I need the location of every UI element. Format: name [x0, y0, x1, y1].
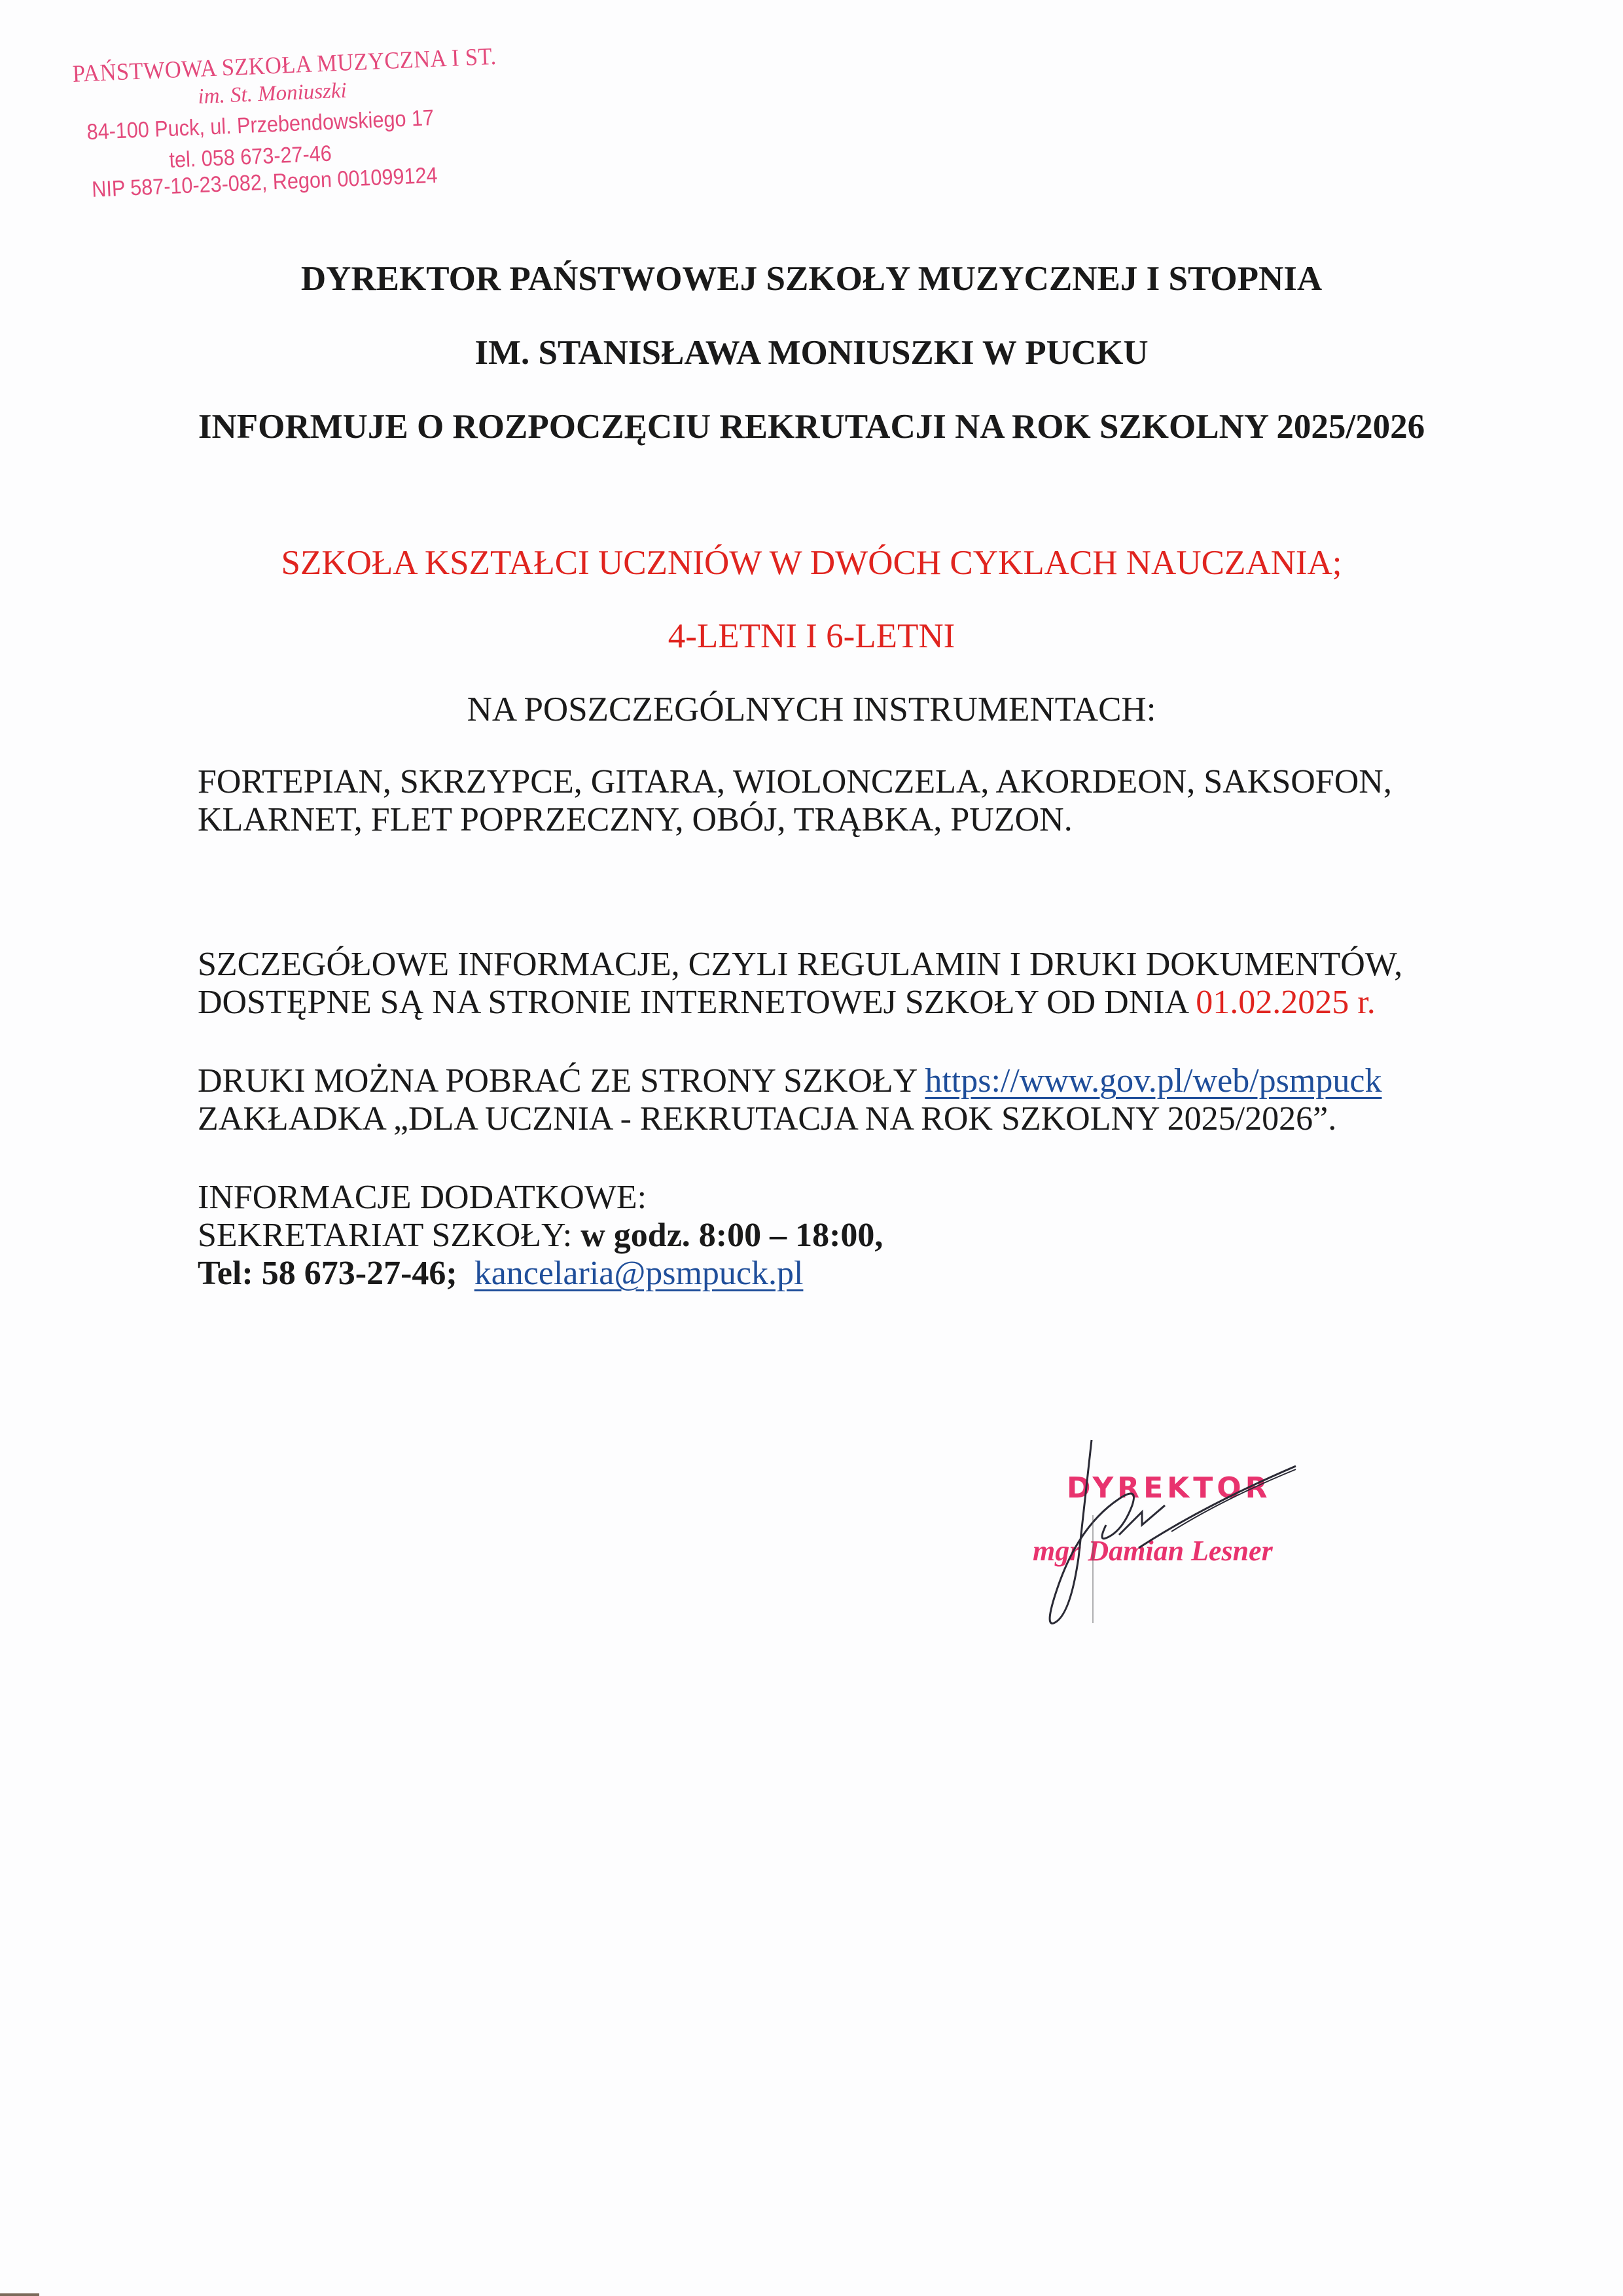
school-website-link[interactable]: https://www.gov.pl/web/psmpuck [925, 1062, 1382, 1100]
school-stamp: PAŃSTWOWA SZKOŁA MUZYCZNA I ST. im. St. … [72, 41, 529, 60]
header-line-3: INFORMUJE O ROZPOCZĘCIU REKRUTACJI NA RO… [0, 407, 1623, 446]
email-link[interactable]: kancelaria@psmpuck.pl [474, 1255, 804, 1292]
download-line: DRUKI MOŻNA POBRAĆ ZE STRONY SZKOŁY http… [198, 1062, 1382, 1100]
instruments-line-1: FORTEPIAN, SKRZYPCE, GITARA, WIOLONCZELA… [198, 762, 1392, 801]
scan-edge [0, 2293, 39, 2296]
tab-info-line: ZAKŁADKA „DLA UCZNIA - REKRUTACJA NA ROK… [198, 1100, 1336, 1138]
cycles-line-1: SZKOŁA KSZTAŁCI UCZNIÓW W DWÓCH CYKLACH … [0, 543, 1623, 583]
details-line-1: SZCZEGÓŁOWE INFORMACJE, CZYLI REGULAMIN … [198, 945, 1402, 984]
stamp-patron: im. St. Moniuszki [198, 79, 348, 109]
phone-number: Tel: 58 673-27-46; [198, 1255, 457, 1292]
office-label: SEKRETARIAT SZKOŁY: [198, 1217, 580, 1254]
handwritten-signature-icon [1008, 1427, 1348, 1662]
cycles-line-2: 4-LETNI I 6-LETNI [0, 617, 1623, 656]
details-line-2: DOSTĘPNE SĄ NA STRONIE INTERNETOWEJ SZKO… [198, 983, 1376, 1022]
office-hours: w godz. 8:00 – 18:00, [580, 1217, 883, 1254]
cycles-line-3: NA POSZCZEGÓLNYCH INSTRUMENTACH: [0, 690, 1623, 729]
contact-title: INFORMACJE DODATKOWE: [198, 1178, 647, 1217]
instruments-line-2: KLARNET, FLET POPRZECZNY, OBÓJ, TRĄBKA, … [198, 800, 1073, 839]
start-date: 01.02.2025 r. [1196, 984, 1375, 1021]
contact-line: Tel: 58 673-27-46; kancelaria@psmpuck.pl [198, 1254, 803, 1293]
details-availability-text: DOSTĘPNE SĄ NA STRONIE INTERNETOWEJ SZKO… [198, 984, 1196, 1021]
download-text: DRUKI MOŻNA POBRAĆ ZE STRONY SZKOŁY [198, 1062, 925, 1100]
office-hours-line: SEKRETARIAT SZKOŁY: w godz. 8:00 – 18:00… [198, 1216, 883, 1255]
header-line-1: DYREKTOR PAŃSTWOWEJ SZKOŁY MUZYCZNEJ I S… [0, 259, 1623, 298]
stamp-address: 84-100 Puck, ul. Przebendowskiego 17 [86, 105, 435, 145]
header-line-2: IM. STANISŁAWA MONIUSZKI W PUCKU [0, 333, 1623, 372]
